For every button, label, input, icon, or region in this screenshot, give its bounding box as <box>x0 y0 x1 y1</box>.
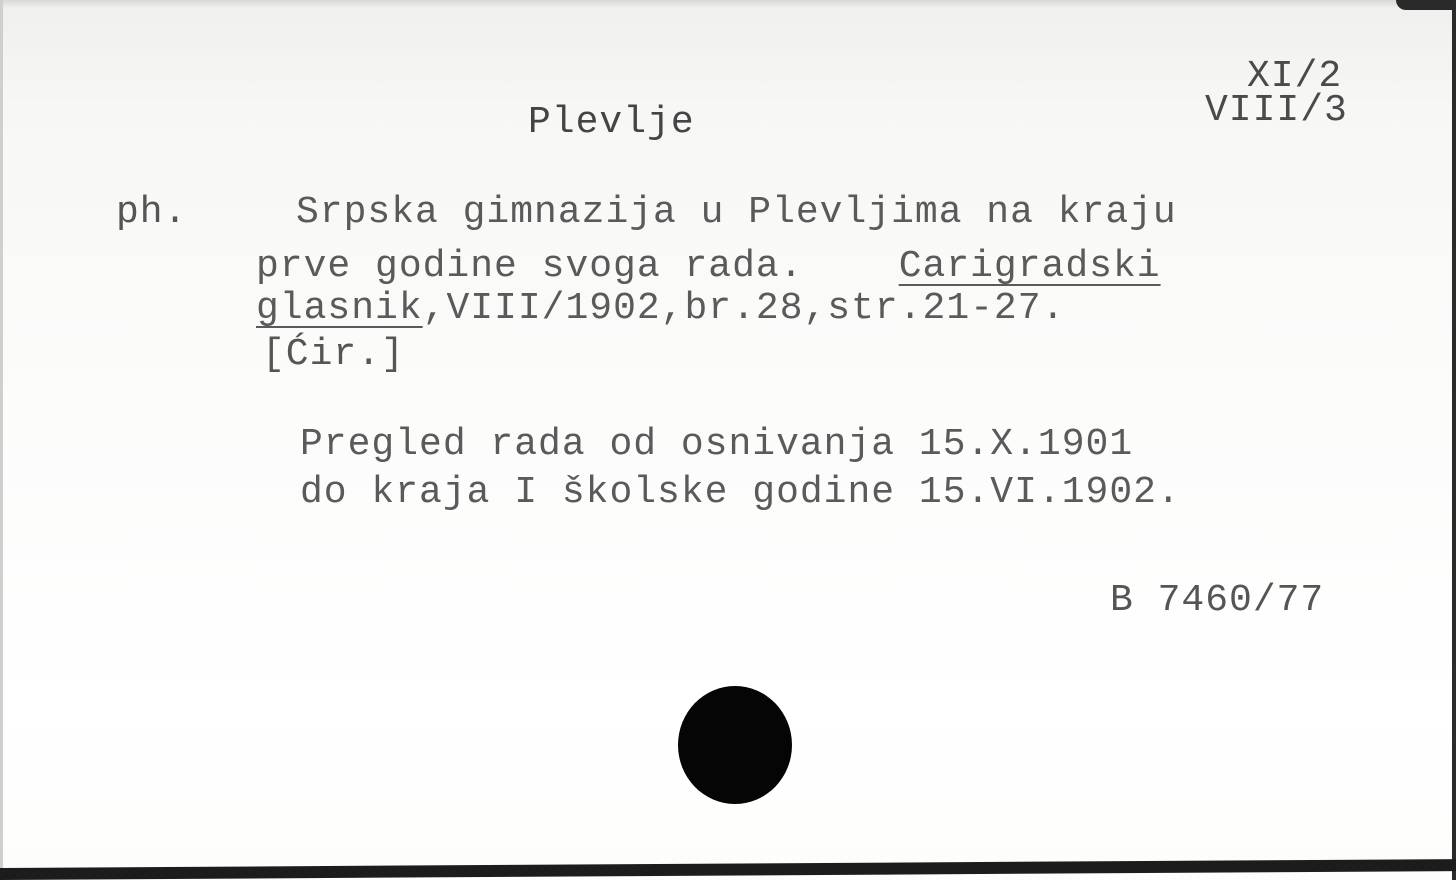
citation-details: ,VIII/1902,br.28,str.21-27. <box>423 287 1066 330</box>
entry-citation-line: glasnik,VIII/1902,br.28,str.21-27. <box>256 290 1065 328</box>
journal-title-part-1: Carigradski <box>899 245 1161 288</box>
entry-title-end: prve godine svoga rada. <box>256 245 804 288</box>
journal-title-part-2: glasnik <box>256 287 423 330</box>
card-left-edge <box>0 0 3 880</box>
type-label: ph. <box>116 194 187 232</box>
card-corner-shadow <box>1396 0 1456 10</box>
card-right-edge <box>1452 0 1456 880</box>
catalog-card: Plevlje XI/2 VIII/3 ph. Srpska gimnazija… <box>0 0 1456 880</box>
punch-hole <box>678 686 792 804</box>
entry-title-line-2: prve godine svoga rada. Carigradski <box>256 248 1161 286</box>
card-top-shadow <box>0 0 1456 8</box>
card-bottom-edge <box>0 859 1456 880</box>
description-line-1: Pregled rada od osnivanja 15.X.1901 <box>300 426 1133 464</box>
entry-title-line-1: Srpska gimnazija u Plevljima na kraju <box>296 194 1177 232</box>
card-heading: Plevlje <box>528 104 695 142</box>
description-line-2: do kraja I školske godine 15.VI.1902. <box>300 474 1181 512</box>
call-number: B 7460/77 <box>1110 582 1324 620</box>
shelf-mark-bottom: VIII/3 <box>1205 92 1348 130</box>
script-note: [Ćir.] <box>262 336 405 374</box>
